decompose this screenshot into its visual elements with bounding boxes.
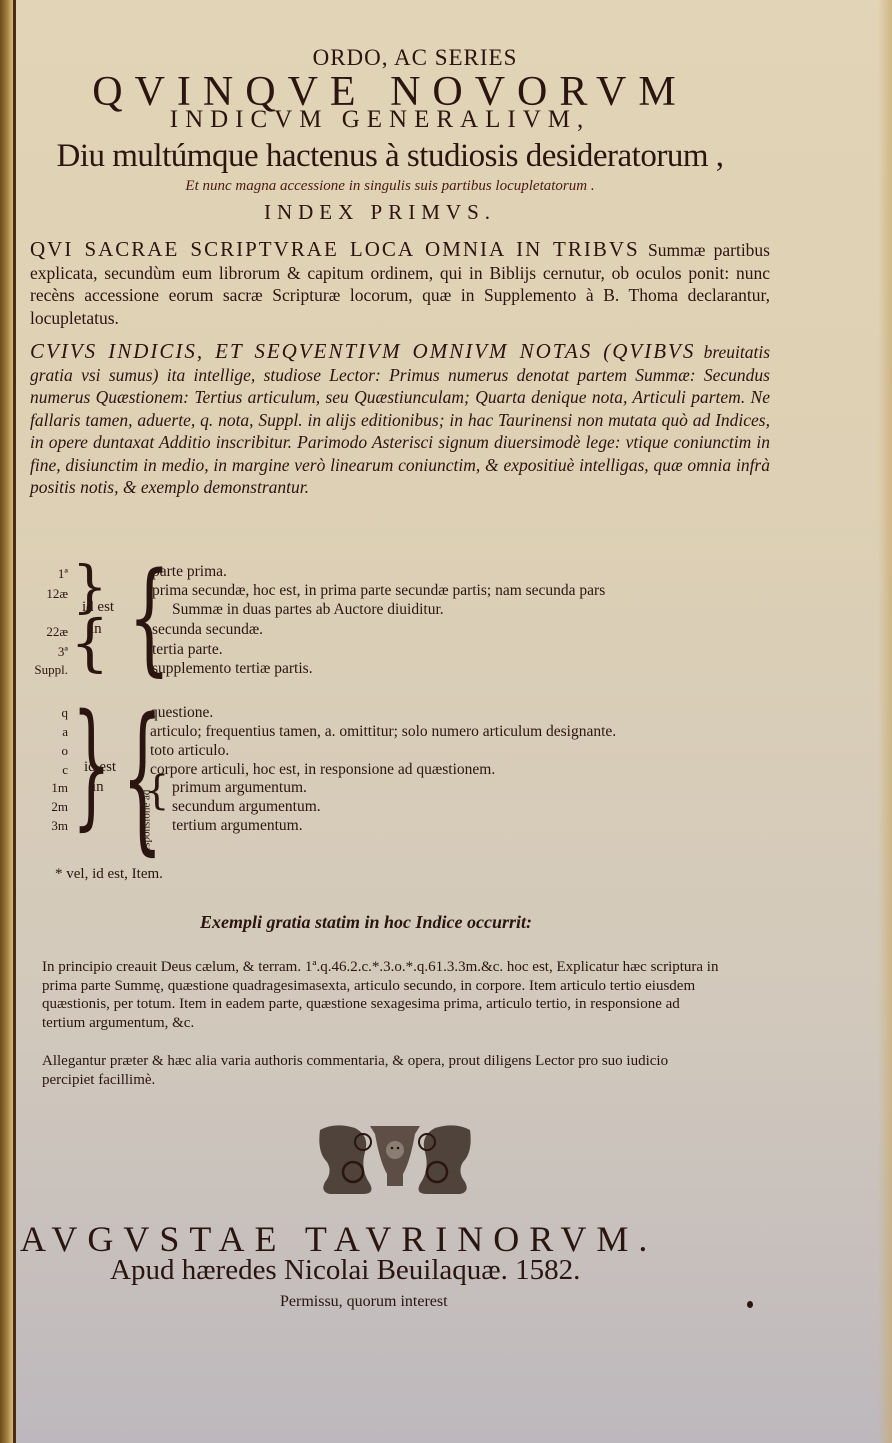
title-indicum-generalium: INDICVM GENERALIVM, — [140, 106, 620, 134]
paragraph-cuius-indicis: CVIVS INDICIS, ET SEQVENTIVM OMNIVM NOTA… — [30, 340, 770, 499]
paragraph-body: breuitatis gratia vsi sumus) ita intelli… — [30, 342, 770, 497]
page-right-edge-shadow — [878, 0, 892, 1443]
abbr-label: c — [28, 760, 68, 779]
abbr-label: 22æ — [28, 622, 68, 641]
abbr-label: 1ª — [28, 564, 68, 583]
section-heading-index-primus: INDEX PRIMVS. — [190, 200, 570, 225]
page-edge-line — [13, 0, 16, 1443]
paragraph-qui-sacrae: QVI SACRAE SCRIPTVRAE LOCA OMNIA IN TRIB… — [30, 238, 770, 329]
connector-id-est: id est — [82, 598, 114, 617]
abbreviation-table-parts: 1ª 12æ 22æ 3ª Suppl. } { id est in { par… — [30, 562, 730, 682]
connector-id-est: id est — [84, 758, 116, 777]
abbr-label: q — [28, 703, 68, 722]
imprint-printer: Apud hæredes Nicolai Beuilaquæ. 1582. — [110, 1254, 710, 1287]
abbr-row: toto articulo. — [150, 741, 229, 760]
abbr-row: tertia parte. — [152, 640, 223, 659]
abbr-label: 12æ — [28, 584, 68, 603]
abbr-row: parte prima. — [152, 562, 227, 581]
abbr-row: primum argumentum. — [172, 778, 307, 797]
abbr-label: a — [28, 722, 68, 741]
abbr-label: 3ª — [28, 642, 68, 661]
abbr-row: secundum argumentum. — [172, 797, 321, 816]
abbr-row: questione. — [150, 703, 213, 722]
abbr-row: corpore articuli, hoc est, in responsion… — [150, 760, 495, 779]
imprint-permission: Permissu, quorum interest — [280, 1293, 448, 1311]
paragraph-lead-caps: QVI SACRAE SCRIPTVRAE LOCA OMNIA IN TRIB… — [30, 237, 640, 261]
example-heading: Exempli gratia statim in hoc Indice occu… — [200, 912, 532, 933]
abbr-row: Summæ in duas partes ab Auctore diuiditu… — [172, 600, 444, 619]
book-page: ORDO, AC SERIES QVINQVE NOVORVM INDICVM … — [0, 0, 892, 1443]
abbr-row: tertium argumentum. — [172, 816, 303, 835]
abbreviation-table-articles: q a o c 1m 2m 3m } id est in { responsio… — [30, 703, 730, 863]
allegantur-paragraph: Allegantur præter & hæc alia varia autho… — [42, 1052, 722, 1089]
title-diu-multumque: Diu multúmque hactenus à studiosis desid… — [45, 138, 735, 175]
connector-in: in — [92, 778, 104, 797]
abbr-label: o — [28, 741, 68, 760]
abbr-row: articulo; frequentius tamen, a. omittitu… — [150, 722, 616, 741]
asterisk-note: * vel, id est, Item. — [55, 866, 163, 883]
example-paragraph: In principio creauit Deus cælum, & terra… — [42, 958, 722, 1032]
abbr-row: supplemento tertiæ partis. — [152, 659, 313, 678]
abbr-row: secunda secundæ. — [152, 620, 263, 639]
woodcut-ornament-icon — [315, 1122, 475, 1197]
abbr-label: 2m — [28, 797, 68, 816]
abbr-row: prima secundæ, hoc est, in prima parte s… — [152, 581, 605, 600]
abbr-label: 3m — [28, 816, 68, 835]
connector-in: in — [90, 620, 102, 639]
subtitle-et-nunc: Et nunc magna accessione in singulis sui… — [120, 178, 660, 195]
ink-spot — [747, 1301, 753, 1308]
paragraph-lead-caps: CVIVS INDICIS, ET SEQVENTIVM OMNIVM NOTA… — [30, 339, 695, 363]
abbr-label: 1m — [28, 778, 68, 797]
abbr-label: Suppl. — [16, 660, 68, 679]
